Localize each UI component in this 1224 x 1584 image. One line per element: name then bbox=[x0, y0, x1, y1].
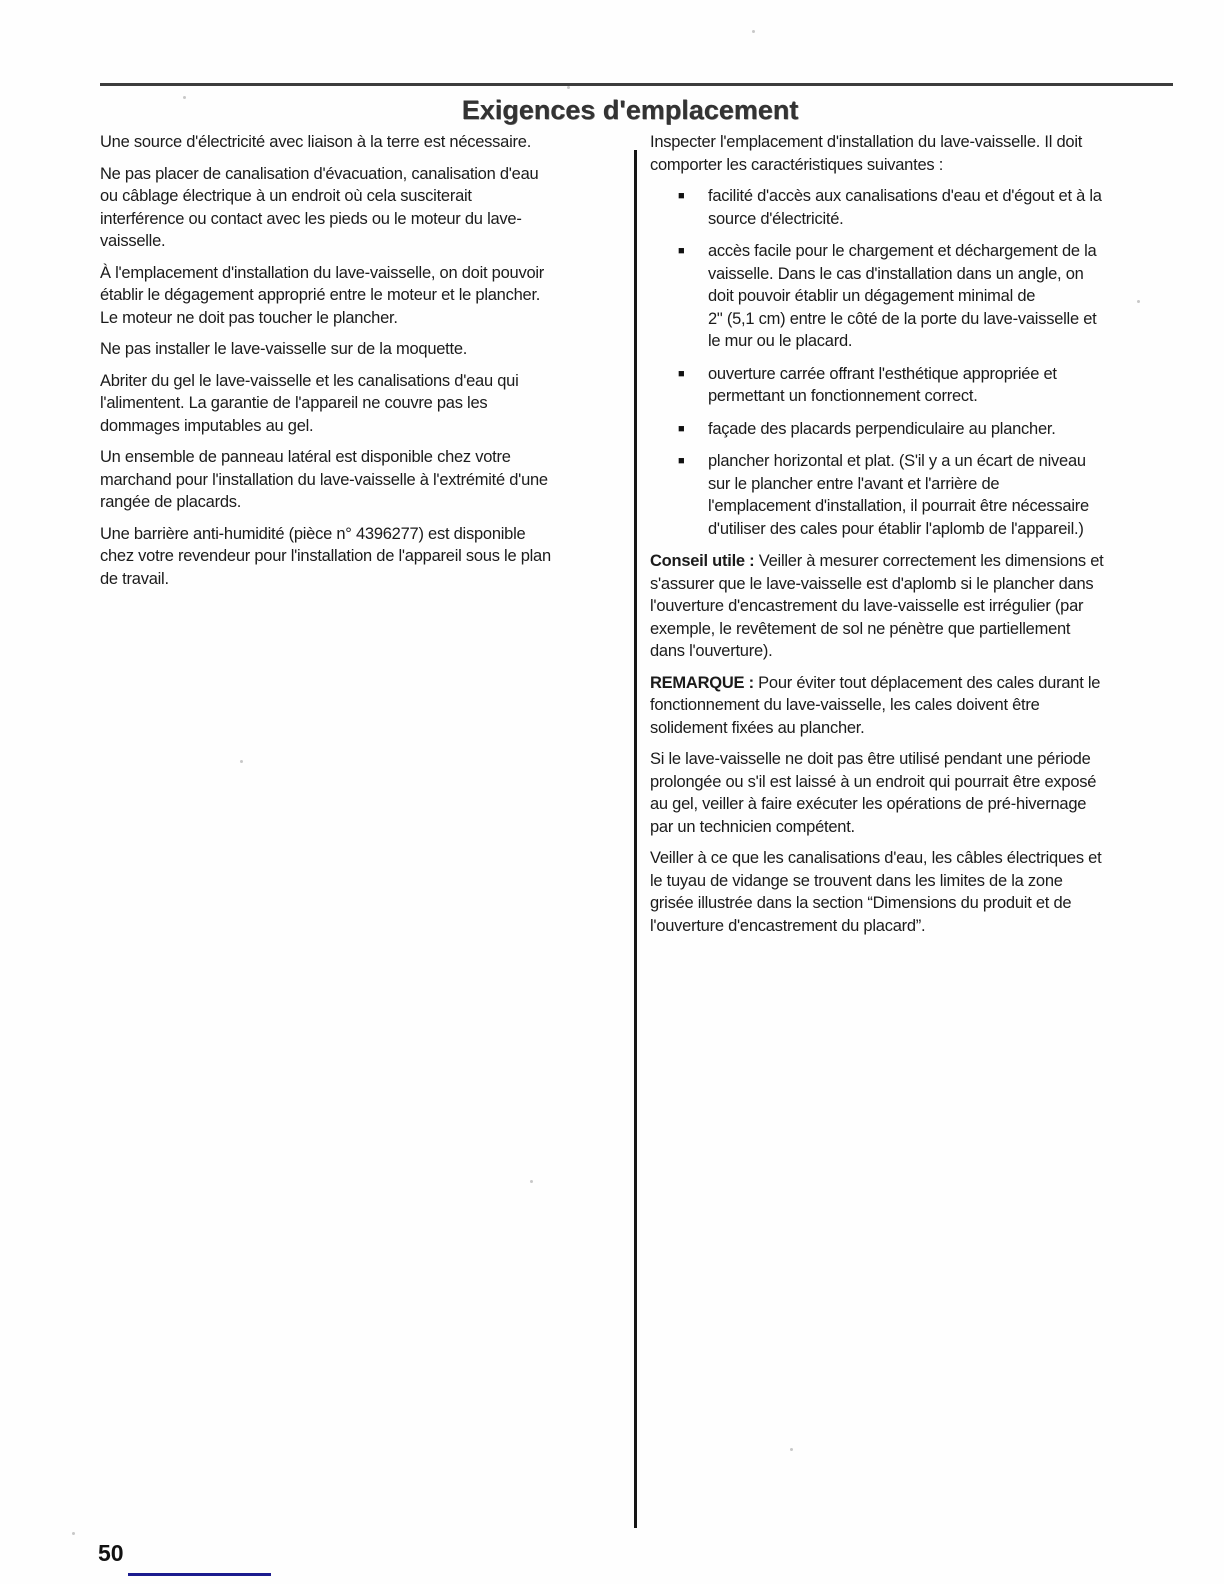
scan-speck bbox=[72, 1532, 75, 1535]
square-bullet-icon: ■ bbox=[678, 185, 708, 230]
scan-speck bbox=[183, 96, 186, 99]
bullet-item: ■ ouverture carrée offrant l'esthétique … bbox=[678, 363, 1178, 408]
note-paragraph: REMARQUE : Pour éviter tout déplacement … bbox=[650, 672, 1178, 740]
bullet-item: ■ accès facile pour le chargement et déc… bbox=[678, 240, 1178, 353]
scan-speck bbox=[530, 1180, 533, 1183]
square-bullet-icon: ■ bbox=[678, 450, 708, 540]
bullet-item: ■ plancher horizontal et plat. (S'il y a… bbox=[678, 450, 1178, 540]
left-column: Une source d'électricité avec liaison à … bbox=[100, 131, 628, 599]
column-divider bbox=[634, 150, 637, 1528]
square-bullet-icon: ■ bbox=[678, 418, 708, 441]
body-paragraph: Ne pas installer le lave-vaisselle sur d… bbox=[100, 338, 628, 361]
bullet-item-text: accès facile pour le chargement et décha… bbox=[708, 240, 1178, 353]
scan-speck bbox=[790, 1448, 793, 1451]
note-label: REMARQUE : bbox=[650, 674, 754, 692]
bullet-item-text: plancher horizontal et plat. (S'il y a u… bbox=[708, 450, 1178, 540]
square-bullet-icon: ■ bbox=[678, 363, 708, 408]
footer-rule bbox=[128, 1573, 271, 1576]
body-paragraph: À l'emplacement d'installation du lave-v… bbox=[100, 262, 628, 330]
square-bullet-icon: ■ bbox=[678, 240, 708, 353]
bullet-item: ■ façade des placards perpendiculaire au… bbox=[678, 418, 1178, 441]
bullet-item-text: façade des placards perpendiculaire au p… bbox=[708, 418, 1178, 441]
body-paragraph: Un ensemble de panneau latéral est dispo… bbox=[100, 446, 628, 514]
body-paragraph: Une source d'électricité avec liaison à … bbox=[100, 131, 628, 154]
requirements-bullet-list: ■ facilité d'accès aux canalisations d'e… bbox=[678, 185, 1178, 540]
scan-speck bbox=[240, 760, 243, 763]
bullet-item-text: ouverture carrée offrant l'esthétique ap… bbox=[708, 363, 1178, 408]
scan-speck bbox=[1137, 300, 1140, 303]
top-rule bbox=[100, 83, 1173, 86]
manual-page: Exigences d'emplacement Une source d'éle… bbox=[0, 0, 1224, 1584]
right-column: Inspecter l'emplacement d'installation d… bbox=[650, 131, 1178, 946]
page-number: 50 bbox=[98, 1540, 124, 1567]
tip-paragraph: Conseil utile : Veiller à mesurer correc… bbox=[650, 550, 1178, 663]
body-paragraph: Inspecter l'emplacement d'installation d… bbox=[650, 131, 1178, 176]
scan-speck bbox=[752, 30, 755, 33]
body-paragraph: Si le lave-vaisselle ne doit pas être ut… bbox=[650, 748, 1178, 838]
body-paragraph: Une barrière anti-humidité (pièce n° 439… bbox=[100, 523, 628, 591]
tip-label: Conseil utile : bbox=[650, 552, 754, 570]
body-paragraph: Ne pas placer de canalisation d'évacuati… bbox=[100, 163, 628, 253]
bullet-item: ■ facilité d'accès aux canalisations d'e… bbox=[678, 185, 1178, 230]
body-paragraph: Abriter du gel le lave-vaisselle et les … bbox=[100, 370, 628, 438]
page-title: Exigences d'emplacement bbox=[100, 95, 1160, 126]
body-paragraph: Veiller à ce que les canalisations d'eau… bbox=[650, 847, 1178, 937]
bullet-item-text: facilité d'accès aux canalisations d'eau… bbox=[708, 185, 1178, 230]
scan-speck bbox=[567, 86, 570, 89]
